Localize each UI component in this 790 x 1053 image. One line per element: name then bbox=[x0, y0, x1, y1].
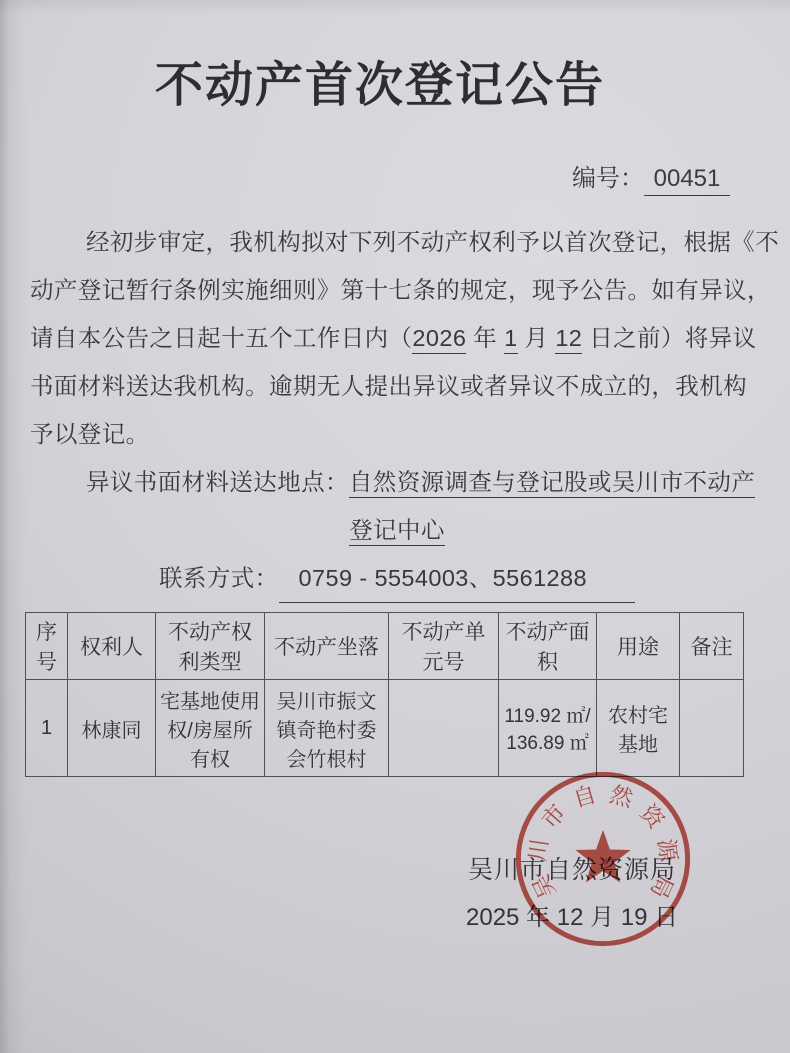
header-unit-no: 不动产单元号 bbox=[389, 613, 499, 680]
document-number-label: 编号： bbox=[572, 165, 644, 192]
notice-line-3-pre: 请自本公告之日起十五个工作日内（ bbox=[30, 325, 412, 351]
cell-holder: 林康同 bbox=[68, 680, 156, 777]
deadline-month: 1 bbox=[504, 325, 517, 354]
seal-char: 然 bbox=[607, 781, 636, 812]
cell-right-type: 宅基地使用权/房屋所有权 bbox=[156, 680, 265, 777]
header-holder: 权利人 bbox=[68, 613, 156, 680]
table-header-row: 序号 权利人 不动产权利类型 不动产坐落 不动产单元号 不动产面积 用途 备注 bbox=[26, 613, 744, 680]
document-number: 编号：00451 bbox=[572, 158, 730, 196]
cell-area: 119.92 ㎡/ 136.89 ㎡ bbox=[499, 680, 597, 777]
address-line-2: 登记中心 bbox=[30, 506, 764, 554]
cell-remark bbox=[680, 680, 744, 777]
announcement-document: 不动产首次登记公告 编号：00451 经初步审定，我机构拟对下列不动产权利予以首… bbox=[0, 0, 790, 1053]
seal-char: 源 bbox=[653, 837, 682, 864]
cell-seq: 1 bbox=[26, 680, 68, 777]
cell-unit-no bbox=[389, 680, 499, 777]
header-usage: 用途 bbox=[597, 613, 680, 680]
notice-line-5: 予以登记。 bbox=[30, 410, 764, 458]
official-seal: 吴 川 市 自 然 资 源 局 bbox=[512, 768, 694, 950]
page-title: 不动产首次登记公告 bbox=[0, 46, 760, 115]
notice-body: 经初步审定，我机构拟对下列不动产权利予以首次登记，根据《不 动产登记暂行条例实施… bbox=[30, 218, 764, 602]
cell-usage: 农村宅基地 bbox=[597, 680, 680, 777]
header-location: 不动产坐落 bbox=[265, 613, 389, 680]
table-row: 1 林康同 宅基地使用权/房屋所有权 吴川市振文镇奇艳村委会竹根村 119.92… bbox=[26, 680, 744, 777]
notice-line-3: 请自本公告之日起十五个工作日内（2026 年 1 月 12 日之前）将异议 bbox=[30, 314, 764, 362]
document-number-value: 00451 bbox=[644, 165, 730, 196]
deadline-day: 12 bbox=[555, 325, 582, 354]
seal-star-icon bbox=[575, 830, 630, 883]
header-right-type: 不动产权利类型 bbox=[156, 613, 265, 680]
registration-table: 序号 权利人 不动产权利类型 不动产坐落 不动产单元号 不动产面积 用途 备注 … bbox=[25, 612, 744, 777]
seal-char: 川 bbox=[524, 837, 553, 863]
notice-line-2: 动产登记暂行条例实施细则》第十七条的规定，现予公告。如有异议， bbox=[30, 266, 764, 314]
seal-char: 吴 bbox=[527, 871, 560, 903]
header-area: 不动产面积 bbox=[499, 613, 597, 680]
contact-label: 联系方式： bbox=[159, 565, 279, 591]
seal-char: 自 bbox=[570, 781, 599, 812]
notice-line-4: 书面材料送达我机构。逾期无人提出异议或者异议不成立的，我机构 bbox=[30, 362, 764, 410]
deadline-year: 2026 bbox=[412, 325, 466, 354]
notice-line-3-post: 日之前）将异议 bbox=[582, 325, 756, 351]
notice-line-1: 经初步审定，我机构拟对下列不动产权利予以首次登记，根据《不 bbox=[30, 218, 764, 266]
header-remark: 备注 bbox=[680, 613, 744, 680]
notice-line-3-sep2: 月 bbox=[518, 325, 556, 351]
address-line: 异议书面材料送达地点：自然资源调查与登记股或吴川市不动产 bbox=[30, 458, 764, 506]
official-seal-icon: 吴 川 市 自 然 资 源 局 bbox=[512, 768, 694, 950]
contact-line: 联系方式：0759 - 5554003、5561288 bbox=[30, 554, 764, 602]
address-label: 异议书面材料送达地点： bbox=[86, 469, 349, 495]
cell-location: 吴川市振文镇奇艳村委会竹根村 bbox=[265, 680, 389, 777]
address-value-line1: 自然资源调查与登记股或吴川市不动产 bbox=[349, 469, 755, 498]
contact-value: 0759 - 5554003、5561288 bbox=[279, 554, 635, 603]
header-seq: 序号 bbox=[26, 613, 68, 680]
seal-char: 局 bbox=[646, 871, 679, 903]
address-value-line2: 登记中心 bbox=[349, 517, 445, 546]
notice-line-3-sep1: 年 bbox=[466, 325, 504, 351]
